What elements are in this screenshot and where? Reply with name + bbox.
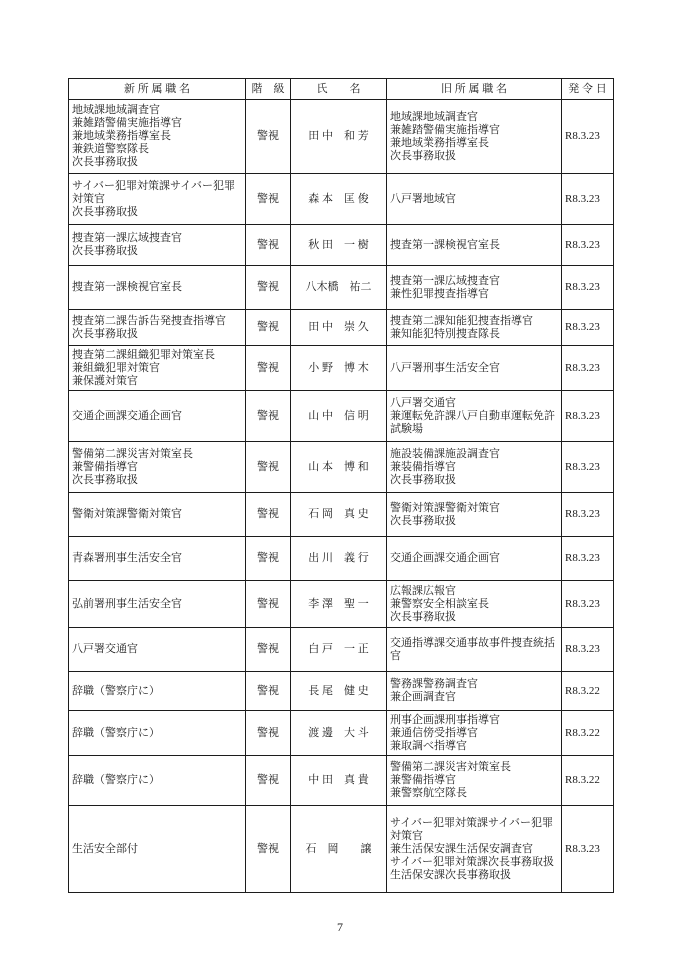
cell-old-position: 警衛対策課警衛対策官 次長事務取扱 [387,493,562,537]
cell-rank: 警視 [246,174,291,225]
cell-name: 渡 邊 大 斗 [291,711,387,756]
table-row: 地域課地域調査官 兼雑踏警備実施指導官 兼地域業務指導室長 兼鉄道警察隊長 次長… [69,100,614,174]
cell-new-position: 辞職（警察庁に） [69,672,246,711]
cell-new-position: 辞職（警察庁に） [69,711,246,756]
cell-old-position: 八戸署地域官 [387,174,562,225]
cell-name: 長 尾 健 史 [291,672,387,711]
cell-old-position: 捜査第一課広域捜査官 兼性犯罪捜査指導官 [387,266,562,310]
table-row: 捜査第二課告訴告発捜査指導官 次長事務取扱 警視 田 中 崇 久 捜査第二課知能… [69,310,614,346]
cell-date: R8.3.23 [562,581,614,628]
cell-name: 秋 田 一 樹 [291,225,387,266]
cell-name: 石 岡 真 史 [291,493,387,537]
table-row: 弘前署刑事生活安全官 警視 李 澤 聖 一 広報課広報官 兼警察安全相談室長 次… [69,581,614,628]
cell-new-position: 弘前署刑事生活安全官 [69,581,246,628]
cell-new-position: 捜査第一課検視官室長 [69,266,246,310]
cell-new-position: 捜査第二課組織犯罪対策室長 兼組織犯罪対策官 兼保護対策官 [69,346,246,391]
cell-new-position: サイバー犯罪対策課サイバー犯罪対策官 次長事務取扱 [69,174,246,225]
cell-date: R8.3.23 [562,174,614,225]
cell-old-position: 捜査第一課検視官室長 [387,225,562,266]
cell-new-position: 辞職（警察庁に） [69,756,246,806]
cell-name: 出 川 義 行 [291,537,387,581]
cell-date: R8.3.23 [562,346,614,391]
table-row: 捜査第二課組織犯罪対策室長 兼組織犯罪対策官 兼保護対策官 警視 小 野 博 木… [69,346,614,391]
cell-rank: 警視 [246,756,291,806]
col-header-name: 氏 名 [291,79,387,100]
table-row: 青森署刑事生活安全官 警視 出 川 義 行 交通企画課交通企画官 R8.3.23 [69,537,614,581]
table-row: 警衛対策課警衛対策官 警視 石 岡 真 史 警衛対策課警衛対策官 次長事務取扱 … [69,493,614,537]
cell-old-position: 八戸署刑事生活安全官 [387,346,562,391]
cell-rank: 警視 [246,628,291,672]
cell-date: R8.3.23 [562,266,614,310]
cell-name: 田 中 崇 久 [291,310,387,346]
cell-name: 山 中 信 明 [291,391,387,442]
cell-date: R8.3.23 [562,537,614,581]
cell-name: 小 野 博 木 [291,346,387,391]
cell-new-position: 地域課地域調査官 兼雑踏警備実施指導官 兼地域業務指導室長 兼鉄道警察隊長 次長… [69,100,246,174]
table-row: 生活安全部付 警視 石 岡 譲 サイバー犯罪対策課サイバー犯罪対策官 兼生活保安… [69,806,614,893]
cell-rank: 警視 [246,442,291,493]
table-header-row: 新 所 属 職 名 階 級 氏 名 旧 所 属 職 名 発 令 日 [69,79,614,100]
cell-name: 八木橋 祐二 [291,266,387,310]
cell-rank: 警視 [246,537,291,581]
cell-rank: 警視 [246,346,291,391]
cell-old-position: 警務課警務調査官 兼企画調査官 [387,672,562,711]
cell-rank: 警視 [246,493,291,537]
col-header-date: 発 令 日 [562,79,614,100]
table-row: 辞職（警察庁に） 警視 中 田 真 貴 警備第二課災害対策室長 兼警備指導官 兼… [69,756,614,806]
cell-rank: 警視 [246,310,291,346]
cell-old-position: 交通企画課交通企画官 [387,537,562,581]
cell-date: R8.3.23 [562,806,614,893]
cell-date: R8.3.23 [562,391,614,442]
col-header-rank: 階 級 [246,79,291,100]
cell-old-position: 広報課広報官 兼警察安全相談室長 次長事務取扱 [387,581,562,628]
cell-new-position: 捜査第二課告訴告発捜査指導官 次長事務取扱 [69,310,246,346]
cell-new-position: 八戸署交通官 [69,628,246,672]
table-row: 交通企画課交通企画官 警視 山 中 信 明 八戸署交通官 兼運転免許課八戸自動車… [69,391,614,442]
cell-new-position: 交通企画課交通企画官 [69,391,246,442]
table-row: サイバー犯罪対策課サイバー犯罪対策官 次長事務取扱 警視 森 本 匡 俊 八戸署… [69,174,614,225]
document-page: 新 所 属 職 名 階 級 氏 名 旧 所 属 職 名 発 令 日 地域課地域調… [0,0,680,961]
cell-rank: 警視 [246,581,291,628]
cell-date: R8.3.23 [562,310,614,346]
cell-old-position: 地域課地域調査官 兼雑踏警備実施指導官 兼地域業務指導室長 次長事務取扱 [387,100,562,174]
cell-date: R8.3.23 [562,493,614,537]
cell-date: R8.3.22 [562,711,614,756]
cell-old-position: 交通指導課交通事故事件捜査統括官 [387,628,562,672]
cell-date: R8.3.23 [562,628,614,672]
cell-new-position: 警備第二課災害対策室長 兼警備指導官 次長事務取扱 [69,442,246,493]
col-header-old-position: 旧 所 属 職 名 [387,79,562,100]
cell-new-position: 生活安全部付 [69,806,246,893]
cell-name: 中 田 真 貴 [291,756,387,806]
col-header-new-position: 新 所 属 職 名 [69,79,246,100]
cell-name: 田 中 和 芳 [291,100,387,174]
cell-old-position: 八戸署交通官 兼運転免許課八戸自動車運転免許試験場 [387,391,562,442]
cell-old-position: サイバー犯罪対策課サイバー犯罪対策官 兼生活保安課生活保安調査官 サイバー犯罪対… [387,806,562,893]
cell-rank: 警視 [246,711,291,756]
page-number: 7 [0,920,680,935]
cell-rank: 警視 [246,266,291,310]
cell-old-position: 警備第二課災害対策室長 兼警備指導官 兼警察航空隊長 [387,756,562,806]
cell-rank: 警視 [246,100,291,174]
cell-new-position: 青森署刑事生活安全官 [69,537,246,581]
cell-date: R8.3.22 [562,672,614,711]
table-row: 辞職（警察庁に） 警視 長 尾 健 史 警務課警務調査官 兼企画調査官 R8.3… [69,672,614,711]
cell-name: 李 澤 聖 一 [291,581,387,628]
cell-date: R8.3.23 [562,100,614,174]
cell-rank: 警視 [246,806,291,893]
cell-name: 石 岡 譲 [291,806,387,893]
table-row: 辞職（警察庁に） 警視 渡 邊 大 斗 刑事企画課刑事指導官 兼通信傍受指導官 … [69,711,614,756]
cell-new-position: 捜査第一課広域捜査官 次長事務取扱 [69,225,246,266]
cell-date: R8.3.23 [562,442,614,493]
cell-name: 森 本 匡 俊 [291,174,387,225]
cell-new-position: 警衛対策課警衛対策官 [69,493,246,537]
cell-old-position: 刑事企画課刑事指導官 兼通信傍受指導官 兼取調べ指導官 [387,711,562,756]
cell-name: 山 本 博 和 [291,442,387,493]
cell-rank: 警視 [246,391,291,442]
cell-date: R8.3.23 [562,225,614,266]
cell-rank: 警視 [246,672,291,711]
cell-rank: 警視 [246,225,291,266]
cell-date: R8.3.22 [562,756,614,806]
table-row: 捜査第一課広域捜査官 次長事務取扱 警視 秋 田 一 樹 捜査第一課検視官室長 … [69,225,614,266]
cell-old-position: 施設装備課施設調査官 兼装備指導官 次長事務取扱 [387,442,562,493]
cell-name: 白 戸 一 正 [291,628,387,672]
table-row: 捜査第一課検視官室長 警視 八木橋 祐二 捜査第一課広域捜査官 兼性犯罪捜査指導… [69,266,614,310]
cell-old-position: 捜査第二課知能犯捜査指導官 兼知能犯特別捜査隊長 [387,310,562,346]
table-row: 警備第二課災害対策室長 兼警備指導官 次長事務取扱 警視 山 本 博 和 施設装… [69,442,614,493]
personnel-table: 新 所 属 職 名 階 級 氏 名 旧 所 属 職 名 発 令 日 地域課地域調… [68,78,614,893]
table-row: 八戸署交通官 警視 白 戸 一 正 交通指導課交通事故事件捜査統括官 R8.3.… [69,628,614,672]
